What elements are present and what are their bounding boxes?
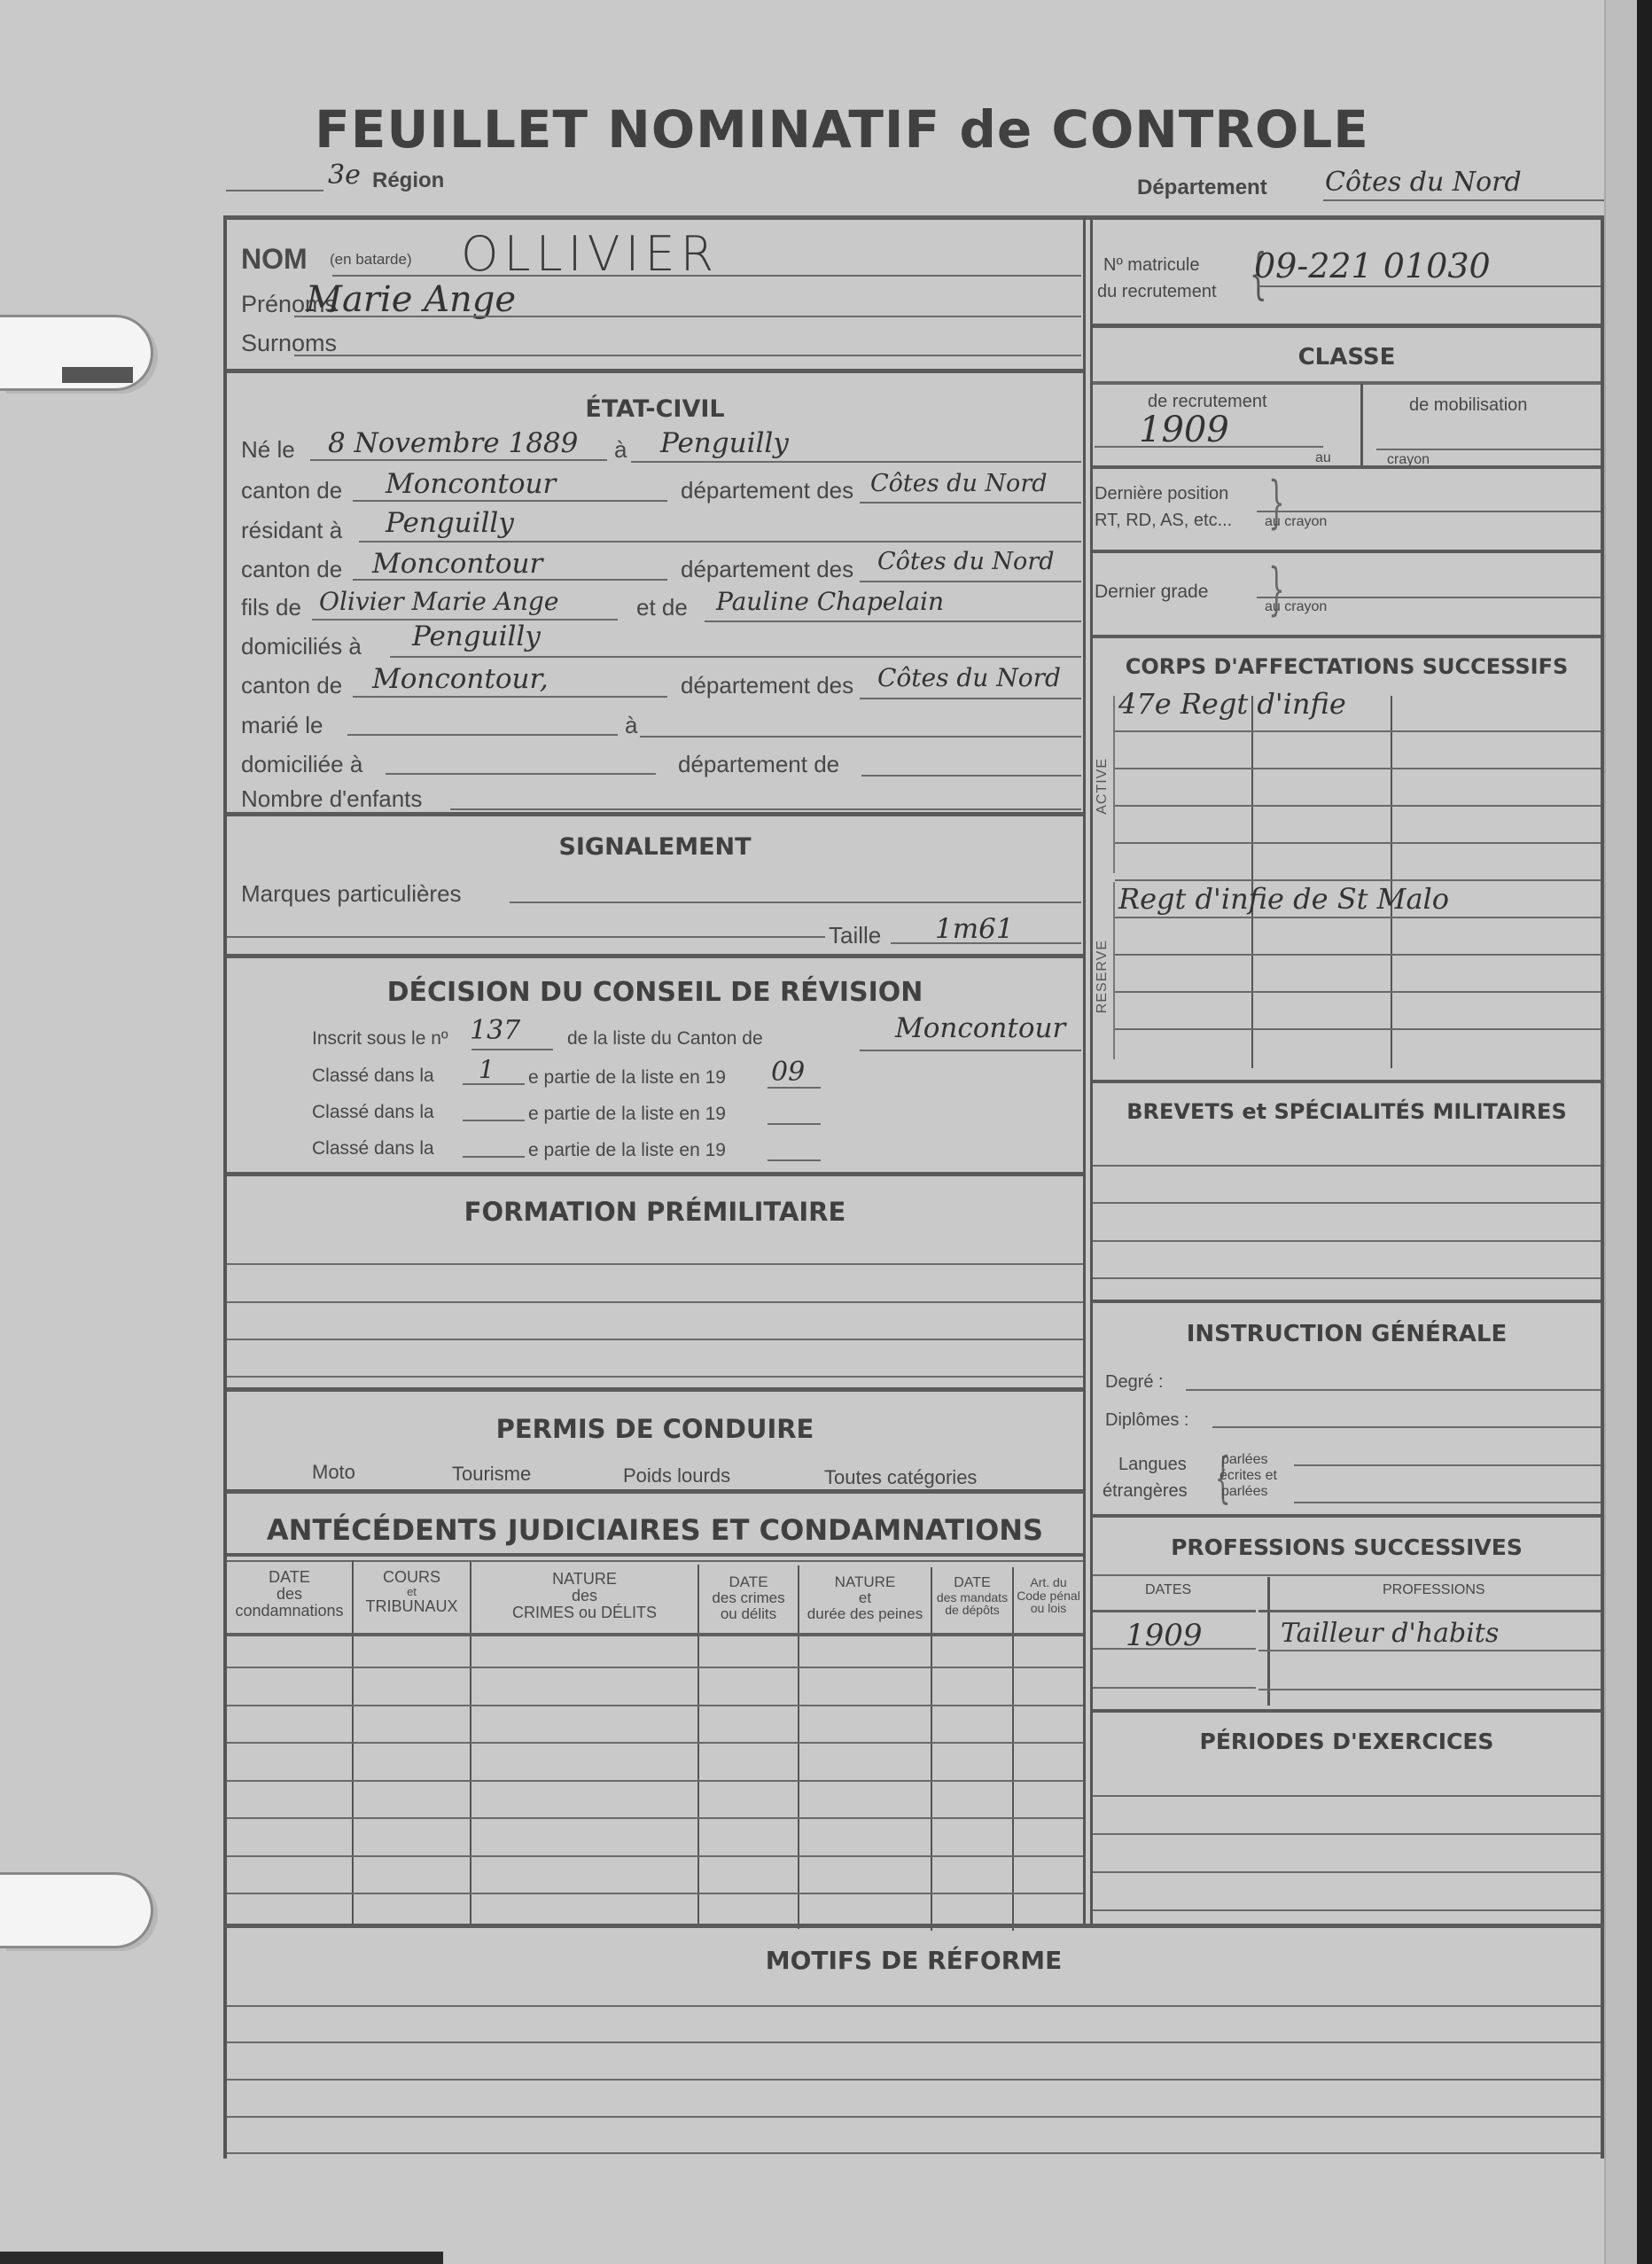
divider: [1093, 1300, 1601, 1303]
divider: [1093, 465, 1601, 469]
departement-line: [860, 581, 1081, 582]
header-rule: [1093, 1610, 1256, 1612]
professions-rule: [1093, 1574, 1601, 1576]
signalement-heading: SIGNALEMENT: [227, 833, 1083, 861]
etat-civil-heading: ÉTAT-CIVIL: [227, 395, 1083, 423]
domiciliee-label: domiciliée à: [241, 751, 362, 778]
professions-col-header: PROFESSIONS: [1383, 1582, 1485, 1598]
partie-line: [463, 1083, 525, 1085]
frame-top: [223, 215, 1604, 220]
departement-line: [860, 502, 1081, 504]
classe-year-value[interactable]: 09: [771, 1057, 805, 1088]
year-line: [768, 1087, 821, 1089]
professions-row: [1258, 1650, 1601, 1651]
classe-heading: CLASSE: [1093, 344, 1601, 371]
reserve-corps-entry[interactable]: Regt d'infie de St Malo: [1118, 882, 1449, 916]
nom-line: [332, 275, 1081, 277]
marriage-date-field[interactable]: [347, 734, 618, 736]
canton-label: canton de: [241, 477, 342, 504]
degre-label: Degré :: [1105, 1372, 1164, 1393]
dernier-grade-field[interactable]: [1257, 597, 1601, 598]
inscrit-label: Inscrit sous le nº: [312, 1028, 448, 1050]
divider-full-width: [223, 1924, 1604, 1928]
corps-row[interactable]: [1115, 879, 1601, 881]
departement-fill-line: [1323, 199, 1604, 201]
frame-left: [223, 217, 227, 2159]
table-top-rule: [227, 1553, 1083, 1557]
corps-heading: CORPS D'AFFECTATIONS SUCCESSIFS: [1093, 654, 1601, 679]
departement-line: [860, 698, 1081, 699]
matricule-label-2: du recrutement: [1097, 282, 1217, 302]
liste-canton-label: de la liste du Canton de: [567, 1028, 763, 1050]
binder-hole-top: [0, 315, 153, 391]
nombre-enfants-label: Nombre d'enfants: [241, 785, 422, 813]
reforme-heading: MOTIFS DE RÉFORME: [223, 1946, 1604, 1975]
dates-col-header: DATES: [1145, 1582, 1191, 1598]
col-header-nature-crimes: NATUREdesCRIMES ou DÉLITS: [471, 1571, 697, 1621]
periodes-line[interactable]: [1093, 1909, 1601, 1911]
canton-label: canton de: [241, 556, 342, 583]
departement-value: Côtes du Nord: [1325, 167, 1522, 198]
professions-row[interactable]: [1258, 1689, 1601, 1690]
divider: [1093, 1080, 1601, 1083]
classe-recrutement-value[interactable]: 1909: [1139, 410, 1229, 450]
reforme-line[interactable]: [227, 2042, 1601, 2043]
mother-line: [705, 621, 1081, 622]
surnoms-label: Surnoms: [241, 330, 337, 357]
canton-label: canton de: [241, 672, 342, 699]
taille-label: Taille: [829, 922, 881, 949]
table-row[interactable]: [227, 1817, 1083, 1819]
reserve-label: RESERVE: [1095, 940, 1110, 1013]
classe-row-label: Classé dans la: [312, 1066, 434, 1087]
col-header-date-crimes: DATEdes crimesou délits: [699, 1574, 798, 1622]
corps-row[interactable]: [1115, 805, 1601, 807]
liste-canton-value[interactable]: Moncontour: [895, 1012, 1065, 1044]
corps-row[interactable]: [1115, 768, 1601, 769]
canton-line: [353, 696, 667, 698]
parents-domicile-value[interactable]: Penguilly: [412, 621, 541, 652]
corps-row[interactable]: [1115, 991, 1601, 993]
region-value: 3e: [328, 160, 361, 191]
divider: [227, 369, 1083, 373]
col-sep: [931, 1567, 932, 1931]
marques-label: Marques particulières: [241, 880, 462, 908]
departement-label: département des: [681, 556, 853, 583]
professions-row: [1093, 1648, 1256, 1650]
nom-label: NOM: [241, 243, 308, 276]
instruction-heading: INSTRUCTION GÉNÉRALE: [1093, 1321, 1601, 1347]
divider: [227, 812, 1083, 816]
header-rule: [1258, 1610, 1601, 1612]
corps-row[interactable]: [1115, 842, 1601, 844]
degre-field[interactable]: [1186, 1389, 1601, 1391]
domicilies-label: domiciliés à: [241, 633, 362, 660]
departement-residence-value[interactable]: Côtes du Nord: [877, 548, 1055, 575]
canton-parents-value[interactable]: Moncontour,: [372, 663, 549, 695]
au-crayon-note: au crayon: [1265, 514, 1327, 530]
langues-label-2: étrangères: [1103, 1481, 1188, 1502]
marques-line-2: [227, 936, 825, 938]
marriage-place-field[interactable]: [640, 736, 1081, 738]
ecrites-parlees-label: parlées: [1221, 1484, 1267, 1500]
matricule-line: [1258, 285, 1601, 287]
table-row[interactable]: [227, 1855, 1083, 1857]
formation-line[interactable]: [227, 1376, 1083, 1378]
ecrites-label: écrites et: [1220, 1468, 1277, 1484]
permis-tourisme[interactable]: Tourisme: [452, 1463, 531, 1486]
antecedents-heading: ANTÉCÉDENTS JUDICIAIRES ET CONDAMNATIONS: [227, 1513, 1083, 1547]
table-row[interactable]: [227, 1780, 1083, 1782]
prenoms-line: [294, 316, 1081, 317]
residant-line: [359, 541, 1081, 543]
divider: [1093, 1709, 1601, 1713]
inscrit-number-value[interactable]: 137: [470, 1015, 520, 1046]
professions-row[interactable]: [1093, 1687, 1256, 1689]
marriage-place-label: à: [625, 712, 637, 739]
region-label: Région: [372, 168, 444, 193]
table-row[interactable]: [227, 1667, 1083, 1668]
column-divider-right: [1090, 217, 1093, 1924]
page-stack-edge: [1604, 0, 1637, 2264]
ne-le-value[interactable]: 8 Novembre 1889: [328, 427, 578, 459]
canton-line: [353, 500, 667, 502]
matricule-value[interactable]: 09-221 01030: [1254, 246, 1491, 285]
partie-field[interactable]: [463, 1120, 525, 1121]
formation-line[interactable]: [227, 1339, 1083, 1340]
classe-row-label: Classé dans la: [312, 1102, 434, 1123]
departement-label: département des: [681, 672, 853, 699]
marques-field[interactable]: [510, 902, 1081, 903]
scan-edge: [0, 2252, 443, 2264]
brevets-line[interactable]: [1093, 1165, 1601, 1167]
brevets-heading: BREVETS et SPÉCIALITÉS MILITAIRES: [1093, 1099, 1601, 1124]
diplomes-field[interactable]: [1212, 1426, 1601, 1428]
nom-sub-label: (en batarde): [330, 251, 412, 269]
diplomes-label: Diplômes :: [1105, 1410, 1188, 1431]
parlees-label: parlées: [1221, 1452, 1267, 1468]
col-header-date-mandats: DATEdes mandatsde dépôts: [932, 1576, 1012, 1617]
dernier-grade-label: Dernier grade: [1095, 582, 1208, 603]
divider: [1093, 550, 1601, 553]
reserve-bracket: [1113, 882, 1115, 1059]
year-field[interactable]: [768, 1123, 821, 1125]
corps-row[interactable]: [1115, 954, 1601, 956]
region-fill-line: [226, 190, 323, 191]
formation-heading: FORMATION PRÉMILITAIRE: [227, 1197, 1083, 1227]
departement-label: département des: [681, 477, 853, 504]
corps-row[interactable]: [1115, 917, 1601, 918]
langues-parlees-field[interactable]: [1294, 1464, 1601, 1466]
recrutement-line: [1095, 446, 1323, 448]
liste-canton-line: [860, 1050, 1081, 1051]
departement-label: département de: [678, 751, 839, 778]
domicile-line: [390, 656, 1081, 658]
departement-label: Département: [1137, 176, 1267, 200]
spouse-departement-field[interactable]: [861, 775, 1081, 777]
classe-row-label: Classé dans la: [312, 1138, 434, 1159]
birthplace-line: [631, 461, 1081, 463]
divider: [1093, 635, 1601, 638]
reforme-line[interactable]: [227, 2079, 1601, 2081]
mother-name-value[interactable]: Pauline Chapelain: [716, 587, 944, 616]
professions-heading: PROFESSIONS SUCCESSIVES: [1093, 1534, 1601, 1560]
brevets-line[interactable]: [1093, 1277, 1601, 1279]
periodes-line[interactable]: [1093, 1795, 1601, 1797]
brevets-line[interactable]: [1093, 1240, 1601, 1242]
decision-heading: DÉCISION DU CONSEIL DE RÉVISION: [227, 977, 1083, 1008]
professions-col-sep: [1267, 1577, 1270, 1706]
residant-label: résidant à: [241, 517, 342, 544]
reforme-line[interactable]: [227, 2005, 1601, 2007]
canton-line: [353, 579, 667, 581]
taille-value[interactable]: 1m61: [935, 913, 1014, 945]
periodes-line[interactable]: [1093, 1833, 1601, 1835]
active-label: ACTIVE: [1095, 758, 1110, 815]
brevets-line[interactable]: [1093, 1202, 1601, 1204]
corps-row[interactable]: [1115, 1028, 1601, 1030]
derniere-position-label-2: RT, RD, AS, etc...: [1095, 511, 1232, 531]
periodes-heading: PÉRIODES D'EXERCICES: [1093, 1729, 1601, 1754]
et-de-label: et de: [636, 594, 688, 621]
ne-le-line: [310, 459, 607, 461]
active-bracket: [1113, 696, 1115, 873]
profession-value[interactable]: Tailleur d'habits: [1281, 1618, 1499, 1649]
year-field[interactable]: [768, 1159, 821, 1161]
au-crayon-note: au crayon: [1265, 599, 1327, 615]
canton-residence-value[interactable]: Moncontour: [372, 548, 542, 580]
residant-value[interactable]: Penguilly: [386, 507, 514, 539]
column-divider-left: [1083, 217, 1086, 1924]
col-sep: [1012, 1567, 1014, 1931]
inscrit-line: [471, 1049, 553, 1050]
matricule-label: Nº matricule: [1103, 255, 1199, 276]
nom-value[interactable]: OLLIVIER: [461, 226, 719, 282]
divider: [1093, 324, 1601, 328]
reforme-line[interactable]: [227, 2116, 1601, 2118]
classe-col-sep: [1360, 384, 1363, 465]
formation-line[interactable]: [227, 1263, 1083, 1265]
active-corps-entry[interactable]: 47e Regt d'infie: [1118, 687, 1346, 721]
col-header-nature-peines: NATUREetdurée des peines: [799, 1574, 931, 1622]
classe-mobilisation-label: de mobilisation: [1409, 395, 1527, 416]
ne-le-label: Né le: [241, 436, 295, 464]
partie-label: e partie de la liste en 19: [528, 1104, 726, 1125]
reforme-line[interactable]: [227, 2152, 1601, 2154]
divider: [227, 1172, 1083, 1176]
partie-label: e partie de la liste en 19: [528, 1140, 726, 1161]
divider: [227, 954, 1083, 958]
binder-hole-bottom: [0, 1872, 153, 1948]
periodes-line[interactable]: [1093, 1871, 1601, 1873]
permis-heading: PERMIS DE CONDUIRE: [227, 1414, 1083, 1444]
partie-label: e partie de la liste en 19: [528, 1067, 726, 1089]
classe-rule: [1093, 381, 1601, 385]
a-label: à: [614, 436, 627, 464]
nombre-enfants-field[interactable]: [450, 808, 1081, 810]
divider: [227, 1387, 1083, 1392]
mobilisation-field[interactable]: [1376, 449, 1601, 450]
divider: [1093, 1514, 1601, 1518]
taille-line: [891, 942, 1081, 944]
form-title: FEUILLET NOMINATIF de CONTROLE: [222, 99, 1462, 160]
langues-label: Langues: [1118, 1455, 1187, 1475]
derniere-position-field[interactable]: [1257, 511, 1601, 512]
classe-partie-value[interactable]: 1: [479, 1055, 495, 1084]
col-header-cours-tribunaux: COURSetTRIBUNAUX: [354, 1569, 470, 1614]
table-header-rule: [227, 1633, 1083, 1636]
canton-birth-value[interactable]: Moncontour: [386, 468, 556, 500]
permis-moto[interactable]: Moto: [312, 1461, 355, 1484]
col-header-date-condamnations: DATEdescondamnations: [227, 1569, 352, 1620]
frame-right: [1601, 217, 1604, 2159]
prenoms-value[interactable]: Marie Ange: [306, 279, 516, 320]
partie-field[interactable]: [463, 1156, 525, 1158]
table-top-rule-2: [227, 1560, 1083, 1562]
birthplace-value[interactable]: Penguilly: [660, 427, 789, 459]
table-row[interactable]: [227, 1742, 1083, 1744]
col-header-article-code: Art. duCode pénalou lois: [1014, 1576, 1083, 1615]
fils-de-label: fils de: [241, 594, 301, 621]
marie-le-label: marié le: [241, 712, 323, 739]
au-label: au: [1315, 450, 1331, 466]
derniere-position-label: Dernière position: [1095, 484, 1228, 504]
permis-poids-lourds[interactable]: Poids lourds: [623, 1464, 730, 1487]
father-name-value[interactable]: Olivier Marie Ange: [319, 587, 558, 616]
surnoms-line[interactable]: [294, 355, 1081, 356]
permis-toutes-categories[interactable]: Toutes catégories: [824, 1466, 977, 1489]
table-row[interactable]: [227, 1893, 1083, 1894]
table-row[interactable]: [227, 1705, 1083, 1706]
departement-birth-value[interactable]: Côtes du Nord: [870, 470, 1048, 497]
divider: [227, 1489, 1083, 1494]
langues-ecrites-field[interactable]: [1294, 1502, 1601, 1503]
spouse-domicile-field[interactable]: [386, 773, 656, 775]
formation-line[interactable]: [227, 1301, 1083, 1303]
departement-parents-value[interactable]: Côtes du Nord: [877, 663, 1061, 692]
corps-row[interactable]: [1115, 730, 1601, 732]
document-page: FEUILLET NOMINATIF de CONTROLE 3e Région…: [0, 0, 1622, 2264]
